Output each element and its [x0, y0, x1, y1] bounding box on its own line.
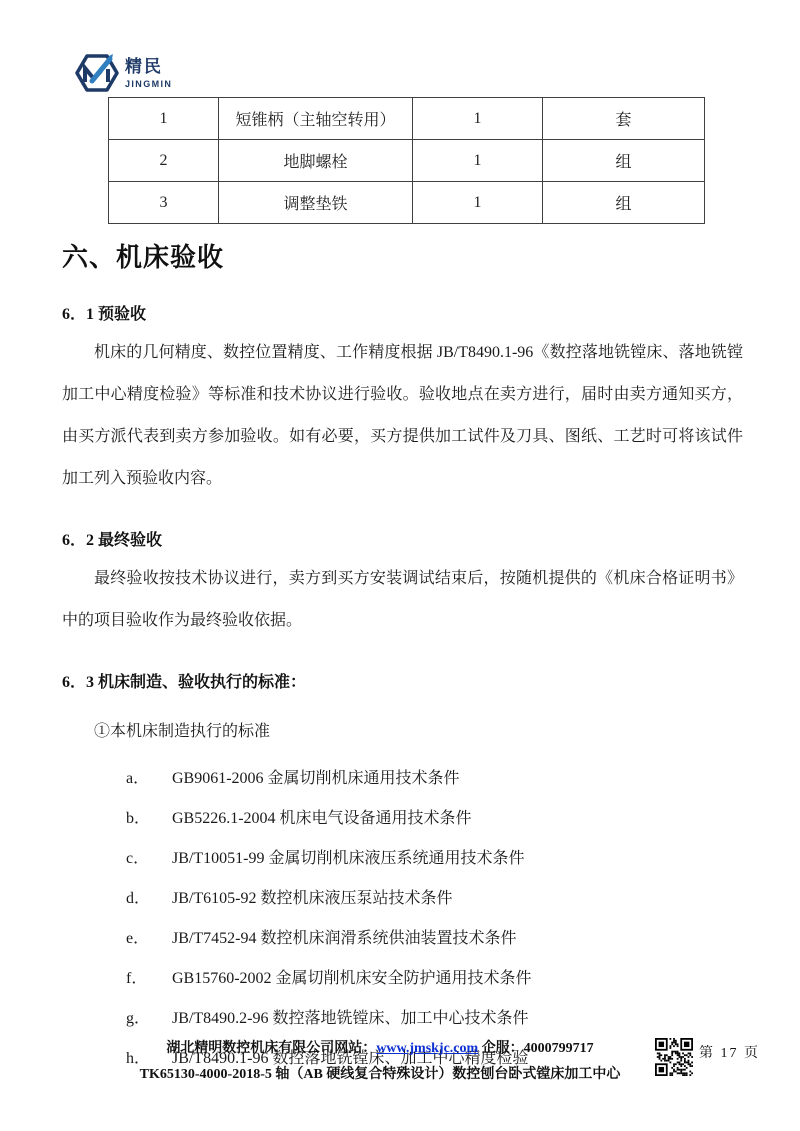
- standard-item-marker: g．: [126, 999, 172, 1039]
- parts-table: 1 短锥柄（主轴空转用） 1 套 2 地脚螺栓 1 组 3: [108, 97, 705, 224]
- standard-item: e．JB/T7452-94 数控机床润滑系统供油装置技术条件: [62, 919, 743, 959]
- standard-item-text: JB/T8490.2-96 数控落地铣镗床、加工中心技术条件: [172, 1010, 528, 1027]
- page-footer: 湖北精明数控机床有限公司网站：www.jmskjc.com 企服：4000799…: [20, 1036, 740, 1088]
- company-logo: 精民 JINGMIN: [74, 50, 172, 96]
- standard-item-text: GB15760-2002 金属切削机床安全防护通用技术条件: [172, 970, 532, 987]
- standard-item-text: GB9061-2006 金属切削机床通用技术条件: [172, 770, 460, 787]
- footer-line-2: TK65130-4000-2018-5 轴（AB 硬线复合特殊设计）数控刨台卧式…: [20, 1062, 740, 1088]
- section-62-paragraph: 最终验收按技术协议进行，卖方到买方安装调试结束后，按随机提供的《机床合格证明书》…: [62, 558, 743, 642]
- document-page: 精民 JINGMIN 1 短锥柄（主轴空转用） 1 套 2: [0, 0, 800, 1131]
- page-number: 第 17 页: [699, 1042, 760, 1062]
- section-61-paragraph: 机床的几何精度、数控位置精度、工作精度根据 JB/T8490.1-96《数控落地…: [62, 332, 743, 500]
- standard-item-text: JB/T10051-99 金属切削机床液压系统通用技术条件: [172, 850, 524, 867]
- standard-item-text: JB/T6105-92 数控机床液压泵站技术条件: [172, 890, 452, 907]
- standard-item: d．JB/T6105-92 数控机床液压泵站技术条件: [62, 879, 743, 919]
- cell-index: 2: [109, 140, 219, 182]
- footer-service-phone: 企服：4000799717: [478, 1041, 594, 1056]
- standards-list: a．GB9061-2006 金属切削机床通用技术条件 b．GB5226.1-20…: [62, 759, 743, 1079]
- section-62-title: 6．2 最终验收: [62, 527, 743, 550]
- section-63-subheading: ①本机床制造执行的标准: [62, 718, 743, 741]
- cell-unit: 组: [543, 140, 705, 182]
- cell-quantity: 1: [413, 182, 543, 224]
- standard-item: c．JB/T10051-99 金属切削机床液压系统通用技术条件: [62, 839, 743, 879]
- standard-item-marker: b．: [126, 799, 172, 839]
- standard-item: a．GB9061-2006 金属切削机床通用技术条件: [62, 759, 743, 799]
- standard-item-marker: f．: [126, 959, 172, 999]
- cell-unit: 组: [543, 182, 705, 224]
- footer-company-text: 湖北精明数控机床有限公司网站：: [166, 1041, 376, 1056]
- standard-item-marker: a．: [126, 759, 172, 799]
- standard-item: b．GB5226.1-2004 机床电气设备通用技术条件: [62, 799, 743, 839]
- section-63-title: 6．3 机床制造、验收执行的标准：: [62, 669, 743, 692]
- cell-quantity: 1: [413, 140, 543, 182]
- section-61-title: 6．1 预验收: [62, 301, 743, 324]
- cell-item-name: 地脚螺栓: [219, 140, 413, 182]
- standard-item-marker: e．: [126, 919, 172, 959]
- page-body: 1 短锥柄（主轴空转用） 1 套 2 地脚螺栓 1 组 3: [0, 0, 800, 1079]
- logo-brand-en: JINGMIN: [125, 80, 172, 89]
- table-row: 1 短锥柄（主轴空转用） 1 套: [109, 98, 705, 140]
- qr-code: [655, 1038, 693, 1076]
- standard-item-marker: c．: [126, 839, 172, 879]
- cell-item-name: 调整垫铁: [219, 182, 413, 224]
- cell-quantity: 1: [413, 98, 543, 140]
- chapter-title: 六、机床验收: [62, 237, 743, 274]
- standard-item-text: JB/T7452-94 数控机床润滑系统供油装置技术条件: [172, 930, 516, 947]
- table-row: 3 调整垫铁 1 组: [109, 182, 705, 224]
- table-row: 2 地脚螺栓 1 组: [109, 140, 705, 182]
- logo-brand-cn: 精民: [125, 57, 163, 76]
- footer-line-1: 湖北精明数控机床有限公司网站：www.jmskjc.com 企服：4000799…: [20, 1036, 740, 1062]
- cell-index: 1: [109, 98, 219, 140]
- cell-unit: 套: [543, 98, 705, 140]
- logo-hexagon-icon: [74, 50, 120, 96]
- cell-index: 3: [109, 182, 219, 224]
- website-link[interactable]: www.jmskjc.com: [376, 1041, 478, 1056]
- standard-item: f．GB15760-2002 金属切削机床安全防护通用技术条件: [62, 959, 743, 999]
- standard-item-text: GB5226.1-2004 机床电气设备通用技术条件: [172, 810, 472, 827]
- standard-item-marker: d．: [126, 879, 172, 919]
- cell-item-name: 短锥柄（主轴空转用）: [219, 98, 413, 140]
- standard-item: g．JB/T8490.2-96 数控落地铣镗床、加工中心技术条件: [62, 999, 743, 1039]
